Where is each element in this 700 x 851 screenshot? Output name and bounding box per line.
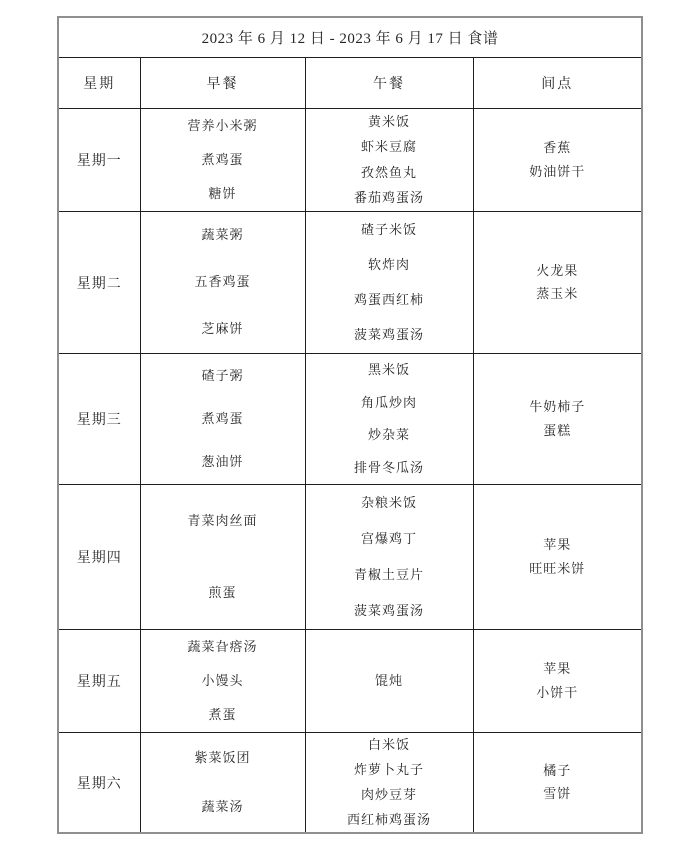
menu-item: 白米饭: [368, 737, 410, 753]
menu-item: 炒杂菜: [368, 427, 410, 443]
menu-item: 橘子: [543, 763, 571, 779]
menu-item: 煮蛋: [208, 707, 236, 723]
day-label: 星期二: [58, 212, 140, 354]
column-header-day: 星期: [58, 58, 140, 109]
menu-item: 宫爆鸡丁: [361, 531, 417, 547]
breakfast-cell: 紫菜饭团蔬菜汤: [140, 733, 305, 834]
lunch-cell: 馄炖: [305, 630, 473, 733]
menu-item: 芝麻饼: [201, 321, 243, 337]
menu-item: 碴子米饭: [361, 222, 417, 238]
snack-cell: 苹果小饼干: [473, 630, 642, 733]
menu-item: 角瓜炒肉: [361, 395, 417, 411]
table-row: 星期三 碴子粥煮鸡蛋葱油饼 黑米饭角瓜炒肉炒杂菜排骨冬瓜汤 牛奶柿子蛋糕: [58, 354, 642, 485]
menu-item: 菠菜鸡蛋汤: [354, 603, 424, 619]
menu-item: 黄米饭: [368, 114, 410, 130]
menu-item: 香蕉: [543, 140, 571, 156]
menu-item: 奶油饼干: [529, 164, 585, 180]
menu-item: 青菜肉丝面: [187, 513, 257, 529]
breakfast-cell: 蔬菜旮瘩汤小馒头煮蛋: [140, 630, 305, 733]
header-row: 星期 早餐 午餐 间点: [58, 58, 642, 109]
menu-item: 苹果: [543, 661, 571, 677]
menu-item: 番茄鸡蛋汤: [354, 190, 424, 206]
table-row: 星期二 蔬菜粥五香鸡蛋芝麻饼 碴子米饭软炸肉鸡蛋西红柿菠菜鸡蛋汤 火龙果蒸玉米: [58, 212, 642, 354]
snack-cell: 苹果旺旺米饼: [473, 485, 642, 630]
breakfast-cell: 蔬菜粥五香鸡蛋芝麻饼: [140, 212, 305, 354]
menu-item: 火龙果: [536, 263, 578, 279]
menu-item: 排骨冬瓜汤: [354, 460, 424, 476]
menu-item: 炸萝卜丸子: [354, 762, 424, 778]
menu-item: 蔬菜粥: [201, 227, 243, 243]
menu-item: 青椒土豆片: [354, 567, 424, 583]
breakfast-cell: 青菜肉丝面煎蛋: [140, 485, 305, 630]
lunch-cell: 黄米饭虾米豆腐孜然鱼丸番茄鸡蛋汤: [305, 109, 473, 212]
menu-item: 虾米豆腐: [361, 139, 417, 155]
snack-cell: 香蕉奶油饼干: [473, 109, 642, 212]
menu-item: 小饼干: [536, 685, 578, 701]
day-label: 星期六: [58, 733, 140, 834]
menu-item: 西红柿鸡蛋汤: [347, 812, 431, 828]
menu-item: 苹果: [543, 537, 571, 553]
menu-item: 雪饼: [543, 786, 571, 802]
title-row: 2023 年 6 月 12 日 - 2023 年 6 月 17 日 食谱: [58, 17, 642, 58]
day-label: 星期一: [58, 109, 140, 212]
menu-item: 煮鸡蛋: [201, 411, 243, 427]
menu-item: 孜然鱼丸: [361, 165, 417, 181]
table-row: 星期一 营养小米粥煮鸡蛋糖饼 黄米饭虾米豆腐孜然鱼丸番茄鸡蛋汤 香蕉奶油饼干: [58, 109, 642, 212]
menu-item: 牛奶柿子: [529, 399, 585, 415]
menu-item: 糖饼: [208, 186, 236, 202]
menu-item: 杂粮米饭: [361, 495, 417, 511]
menu-item: 紫菜饭团: [194, 750, 250, 766]
day-label: 星期五: [58, 630, 140, 733]
snack-cell: 橘子雪饼: [473, 733, 642, 834]
menu-item: 菠菜鸡蛋汤: [354, 327, 424, 343]
lunch-cell: 黑米饭角瓜炒肉炒杂菜排骨冬瓜汤: [305, 354, 473, 485]
menu-item: 旺旺米饼: [529, 561, 585, 577]
snack-cell: 牛奶柿子蛋糕: [473, 354, 642, 485]
snack-cell: 火龙果蒸玉米: [473, 212, 642, 354]
menu-table: 2023 年 6 月 12 日 - 2023 年 6 月 17 日 食谱 星期 …: [57, 16, 643, 834]
lunch-cell: 碴子米饭软炸肉鸡蛋西红柿菠菜鸡蛋汤: [305, 212, 473, 354]
document-page: 2023 年 6 月 12 日 - 2023 年 6 月 17 日 食谱 星期 …: [0, 0, 700, 851]
day-label: 星期三: [58, 354, 140, 485]
menu-item: 蔬菜旮瘩汤: [187, 639, 257, 655]
table-row: 星期五 蔬菜旮瘩汤小馒头煮蛋 馄炖 苹果小饼干: [58, 630, 642, 733]
column-header-breakfast: 早餐: [140, 58, 305, 109]
menu-item: 鸡蛋西红柿: [354, 292, 424, 308]
table-row: 星期四 青菜肉丝面煎蛋 杂粮米饭宫爆鸡丁青椒土豆片菠菜鸡蛋汤 苹果旺旺米饼: [58, 485, 642, 630]
column-header-snack: 间点: [473, 58, 642, 109]
day-label: 星期四: [58, 485, 140, 630]
column-header-lunch: 午餐: [305, 58, 473, 109]
menu-item: 煎蛋: [208, 585, 236, 601]
menu-item: 煮鸡蛋: [201, 152, 243, 168]
table-title: 2023 年 6 月 12 日 - 2023 年 6 月 17 日 食谱: [58, 17, 642, 58]
breakfast-cell: 碴子粥煮鸡蛋葱油饼: [140, 354, 305, 485]
menu-item: 碴子粥: [201, 368, 243, 384]
menu-item: 肉炒豆芽: [361, 787, 417, 803]
menu-item: 蛋糕: [543, 423, 571, 439]
menu-item: 馄炖: [375, 673, 403, 689]
breakfast-cell: 营养小米粥煮鸡蛋糖饼: [140, 109, 305, 212]
menu-item: 葱油饼: [201, 454, 243, 470]
menu-item: 小馒头: [201, 673, 243, 689]
lunch-cell: 白米饭炸萝卜丸子肉炒豆芽西红柿鸡蛋汤: [305, 733, 473, 834]
menu-item: 蔬菜汤: [201, 799, 243, 815]
menu-item: 软炸肉: [368, 257, 410, 273]
menu-item: 营养小米粥: [187, 118, 257, 134]
table-row: 星期六 紫菜饭团蔬菜汤 白米饭炸萝卜丸子肉炒豆芽西红柿鸡蛋汤 橘子雪饼: [58, 733, 642, 834]
menu-item: 五香鸡蛋: [194, 274, 250, 290]
lunch-cell: 杂粮米饭宫爆鸡丁青椒土豆片菠菜鸡蛋汤: [305, 485, 473, 630]
menu-item: 蒸玉米: [536, 286, 578, 302]
menu-item: 黑米饭: [368, 362, 410, 378]
